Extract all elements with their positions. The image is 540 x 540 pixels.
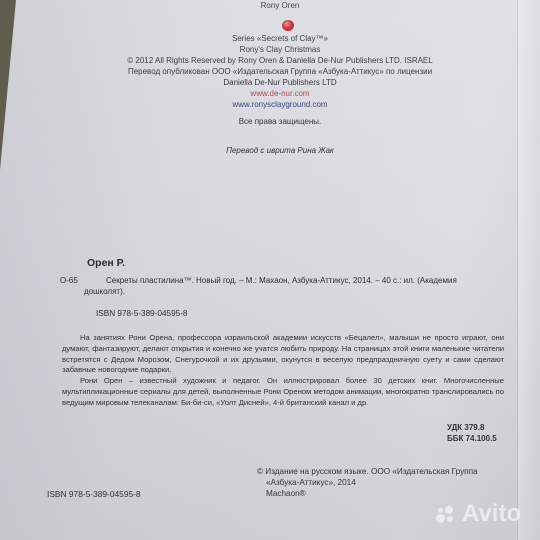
url-ronysclayground: www.ronysclayground.com <box>0 99 540 110</box>
translator-ru: Перевод с иврита Рина Жак <box>0 145 540 156</box>
red-bead-icon <box>282 20 294 31</box>
copyright-en: © 2012 All Rights Reserved by Rony Oren … <box>0 55 540 66</box>
ru-copyright-line-1: © Издание на русском языке. ООО «Издател… <box>257 467 478 476</box>
book-page: Rony Oren Series «Secrets of Clay™» Rony… <box>0 0 540 540</box>
bib-line-2: дошколят). <box>84 287 125 296</box>
rights-ru: Все права защищены. <box>0 116 540 127</box>
title-en: Rony's Clay Christmas <box>0 44 540 55</box>
bbk-code: ББК 74.100.5 <box>447 434 497 443</box>
catalog-isbn: ISBN 978-5-389-04595-8 <box>96 309 188 318</box>
series-en: Series «Secrets of Clay™» <box>0 33 540 44</box>
bib-line-1: Секреты пластилина™. Новый год. – М.: Ма… <box>106 276 457 285</box>
avito-label: Avito <box>462 500 521 528</box>
author-en: Rony Oren <box>0 0 540 11</box>
ru-copyright-line-3: Machaon® <box>266 489 306 498</box>
ru-copyright-line-2: «Азбука-Аттикус», 2014 <box>266 478 356 487</box>
url-de-nur: www.de-nur.com <box>0 88 540 99</box>
annotation: На занятиях Рони Орена, профессора израи… <box>62 333 504 409</box>
avito-watermark: Avito <box>436 500 521 528</box>
catalog-author: Орен Р. <box>87 257 125 269</box>
udk-code: УДК 379.8 <box>447 423 484 432</box>
annotation-paragraph-2: Рони Орен – известный художник и педагог… <box>62 376 504 408</box>
annotation-paragraph-1: На занятиях Рони Орена, профессора израи… <box>62 333 504 376</box>
avito-dots-icon <box>436 504 458 524</box>
license-ru: Перевод опубликован ООО «Издательская Гр… <box>0 66 540 77</box>
footer-isbn: ISBN 978-5-389-04595-8 <box>47 489 141 499</box>
catalog-code: О-65 <box>60 276 78 285</box>
publisher-en: Daniella De-Nur Publishers LTD <box>0 77 540 88</box>
